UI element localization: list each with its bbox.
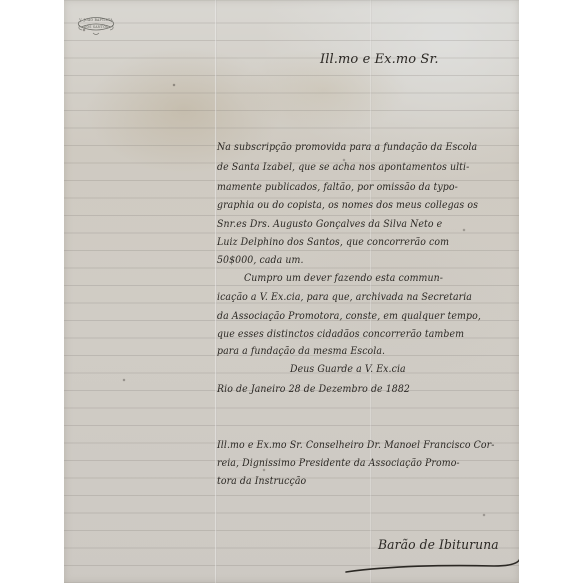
body-line: Na subscripção promovida para a fundação… xyxy=(217,142,477,153)
embossed-ribbon-stamp-icon: V. JOAO BAPTISTA DOS SANTOS xyxy=(75,13,117,37)
place-date: Rio de Janeiro 28 de Dezembro de 1882 xyxy=(217,384,410,395)
closing-blessing: Deus Guarde a V. Ex.cia xyxy=(290,364,406,375)
stamp-bottom-text: DOS SANTOS xyxy=(75,25,117,29)
body-line: Snr.es Drs. Augusto Gonçalves da Silva N… xyxy=(217,219,442,230)
body-line: para a fundação da mesma Escola. xyxy=(217,346,385,357)
salutation: Ill.mo e Ex.mo Sr. xyxy=(320,52,439,67)
stamp-top-text: V. JOAO BAPTISTA xyxy=(75,18,117,22)
body-line: de Santa Izabel, que se acha nos apontam… xyxy=(217,162,469,173)
signature: Barão de Ibituruna xyxy=(378,538,499,553)
body-line: mamente publicados, faltão, por omissão … xyxy=(217,182,458,193)
body-line: da Associação Promotora, conste, em qual… xyxy=(217,311,481,322)
addressee-line: tora da Instrucção xyxy=(217,476,306,487)
addressee-line: reia, Dignissimo Presidente da Associaçã… xyxy=(217,458,460,469)
letter-page: V. JOAO BAPTISTA DOS SANTOS Ill.mo e Ex.… xyxy=(64,0,519,583)
signature-flourish xyxy=(344,556,519,576)
body-line: graphia ou do copista, os nomes dos meus… xyxy=(217,200,478,211)
body-line: que esses distinctos cidadãos concorrerã… xyxy=(217,329,464,340)
body-line: Luiz Delphino dos Santos, que concorrerã… xyxy=(217,237,449,248)
body-line: Cumpro um dever fazendo esta commun- xyxy=(244,273,443,284)
addressee-line: Ill.mo e Ex.mo Sr. Conselheiro Dr. Manoe… xyxy=(217,440,495,451)
body-line: 50$000, cada um. xyxy=(217,255,304,266)
document-viewer: V. JOAO BAPTISTA DOS SANTOS Ill.mo e Ex.… xyxy=(0,0,583,583)
body-line: icação a V. Ex.cia, para que, archivada … xyxy=(217,292,472,303)
